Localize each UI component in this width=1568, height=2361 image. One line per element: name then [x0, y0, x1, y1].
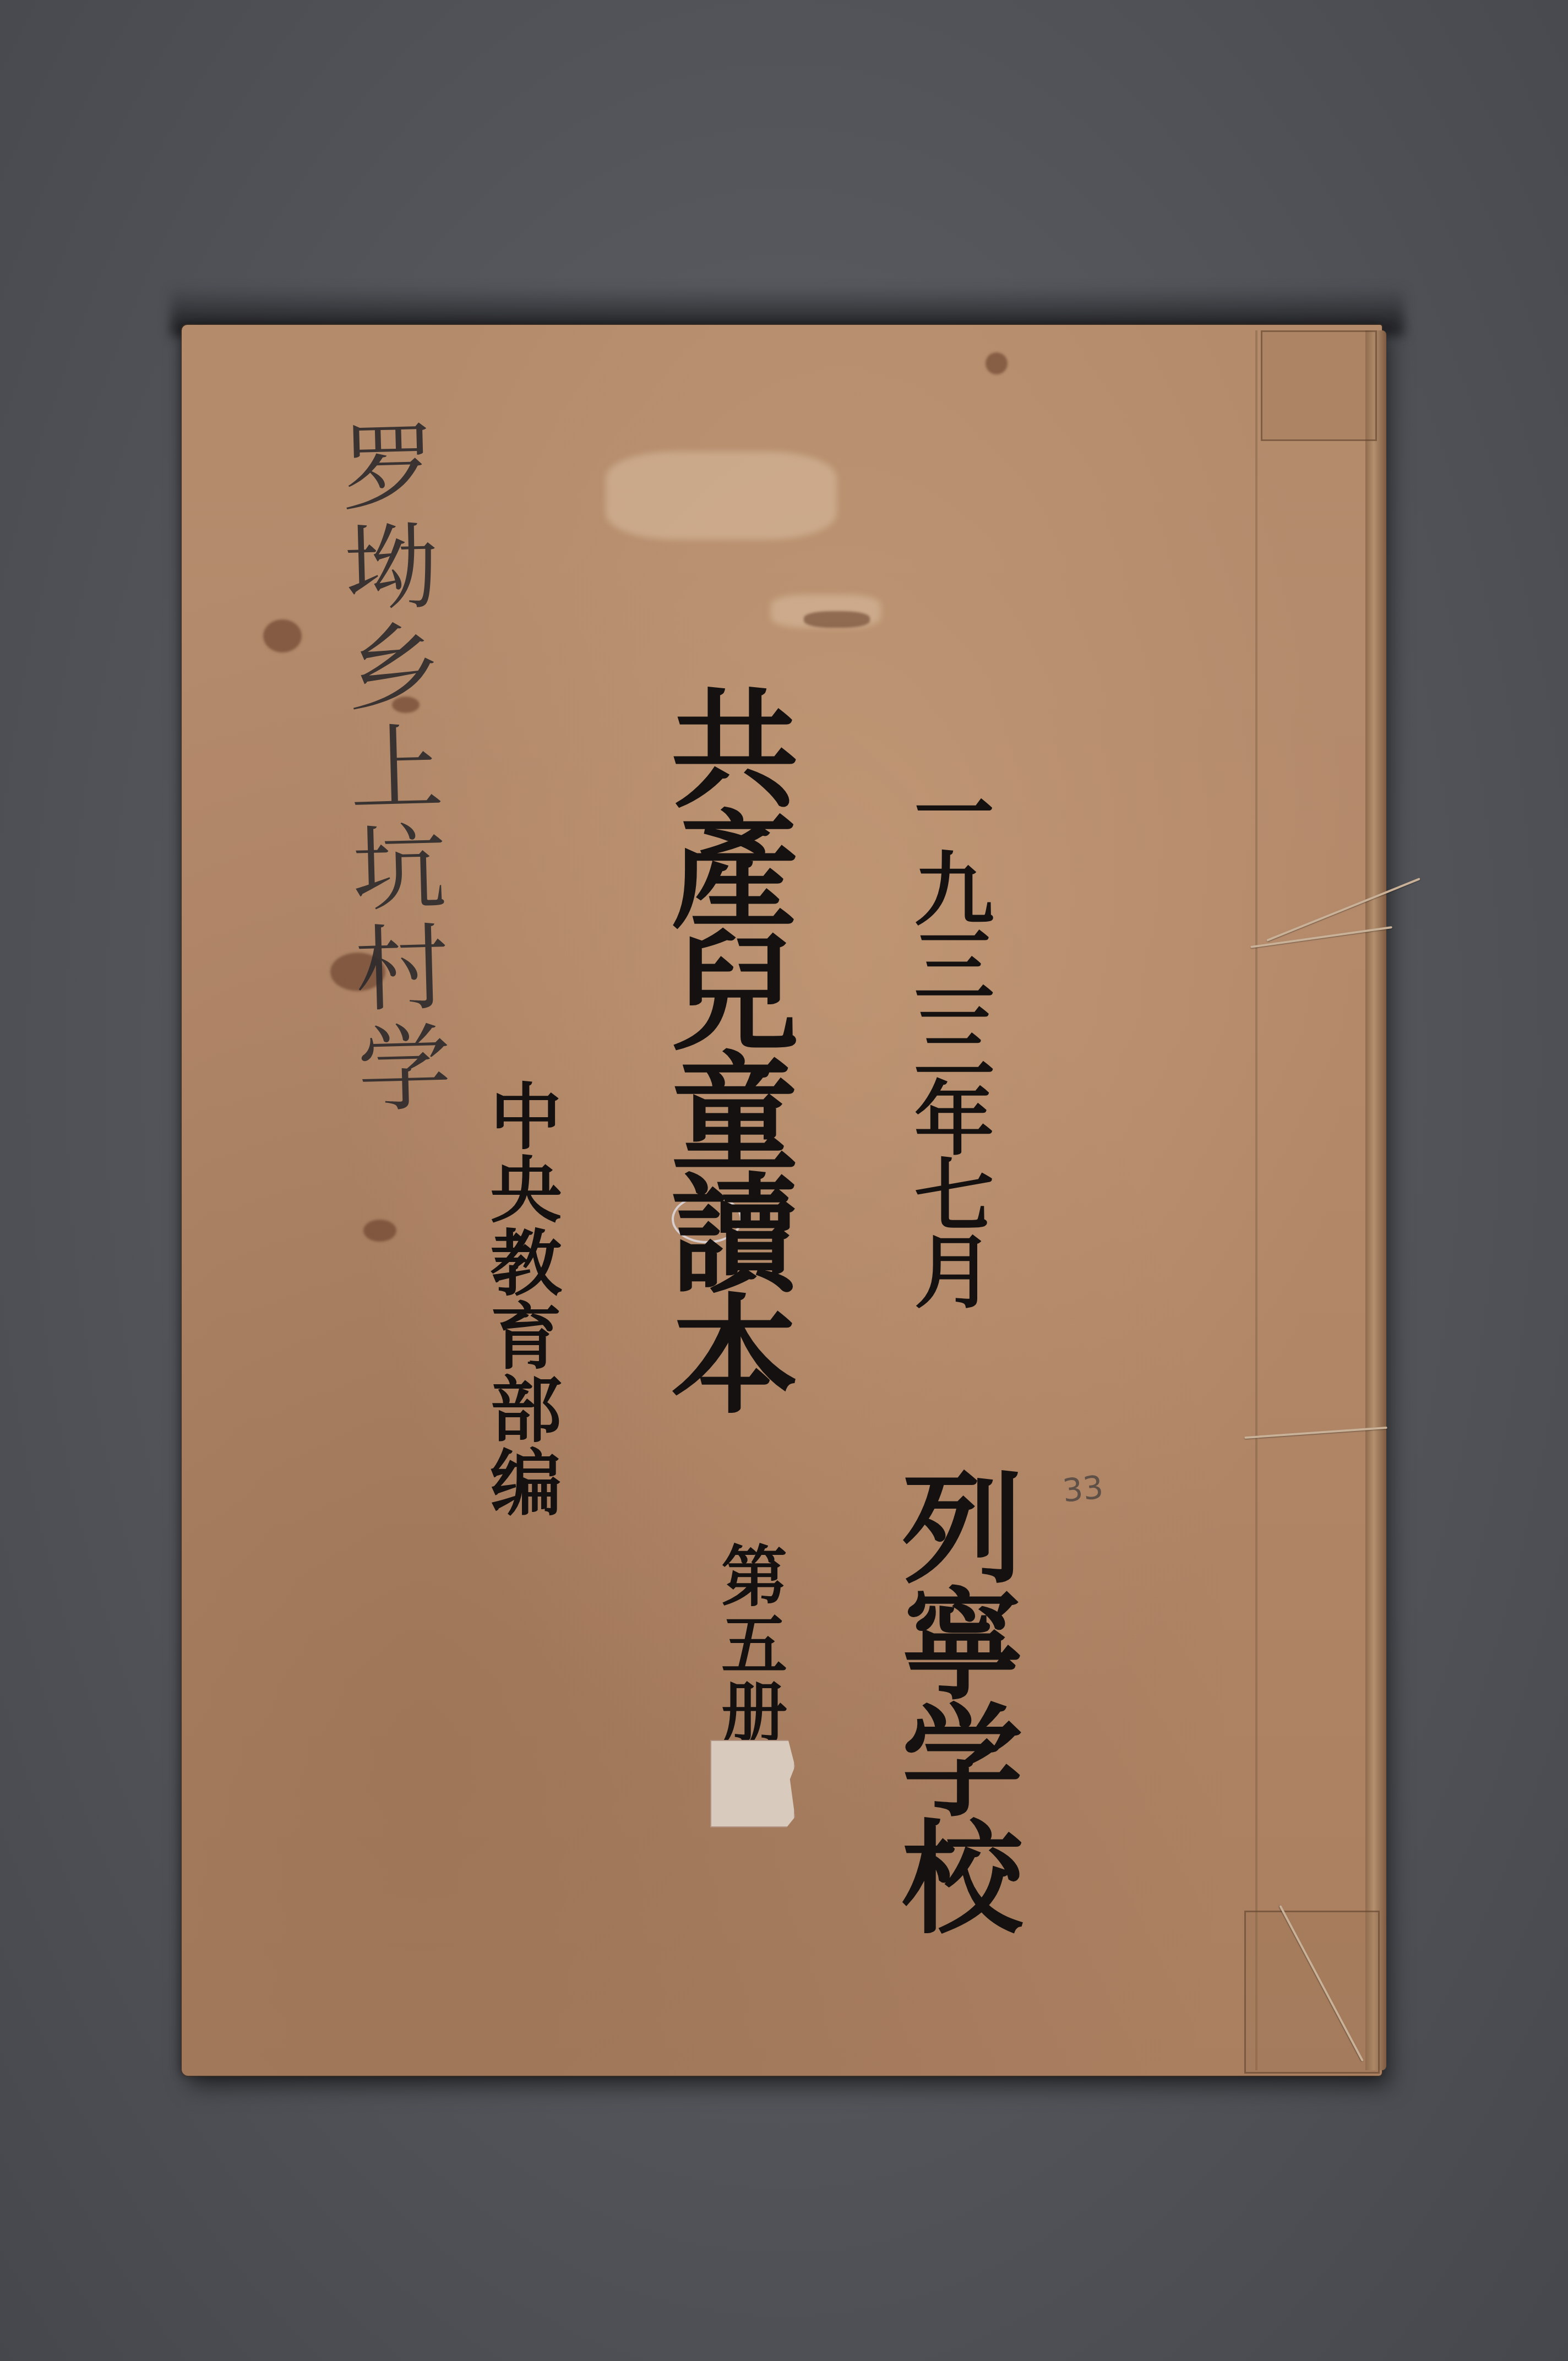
top-corner-binding-flap: [1261, 330, 1377, 441]
stain-spot: [363, 1220, 396, 1242]
paper-label: [710, 1740, 795, 1827]
stain-spot: [804, 611, 870, 628]
bottom-corner-binding-flap: [1244, 1911, 1380, 2074]
book-spine-edge: [1365, 330, 1386, 2070]
worn-area: [606, 451, 837, 540]
editor-credit: 中央教育部编: [484, 1079, 556, 1519]
binding-fold-line: [1255, 330, 1257, 2070]
book-title: 共產兒童讀本: [661, 683, 788, 1410]
publication-date: 一九三三年七月: [907, 771, 987, 1307]
stain-spot: [986, 352, 1008, 374]
volume-number: 第五册: [716, 1542, 782, 1747]
stain-spot: [263, 619, 302, 652]
pencil-mark: 33: [1061, 1468, 1106, 1509]
handwritten-inscription: 罗坳乡上坑村学: [332, 417, 444, 1121]
school-name: 列寧学校: [892, 1465, 1013, 1932]
